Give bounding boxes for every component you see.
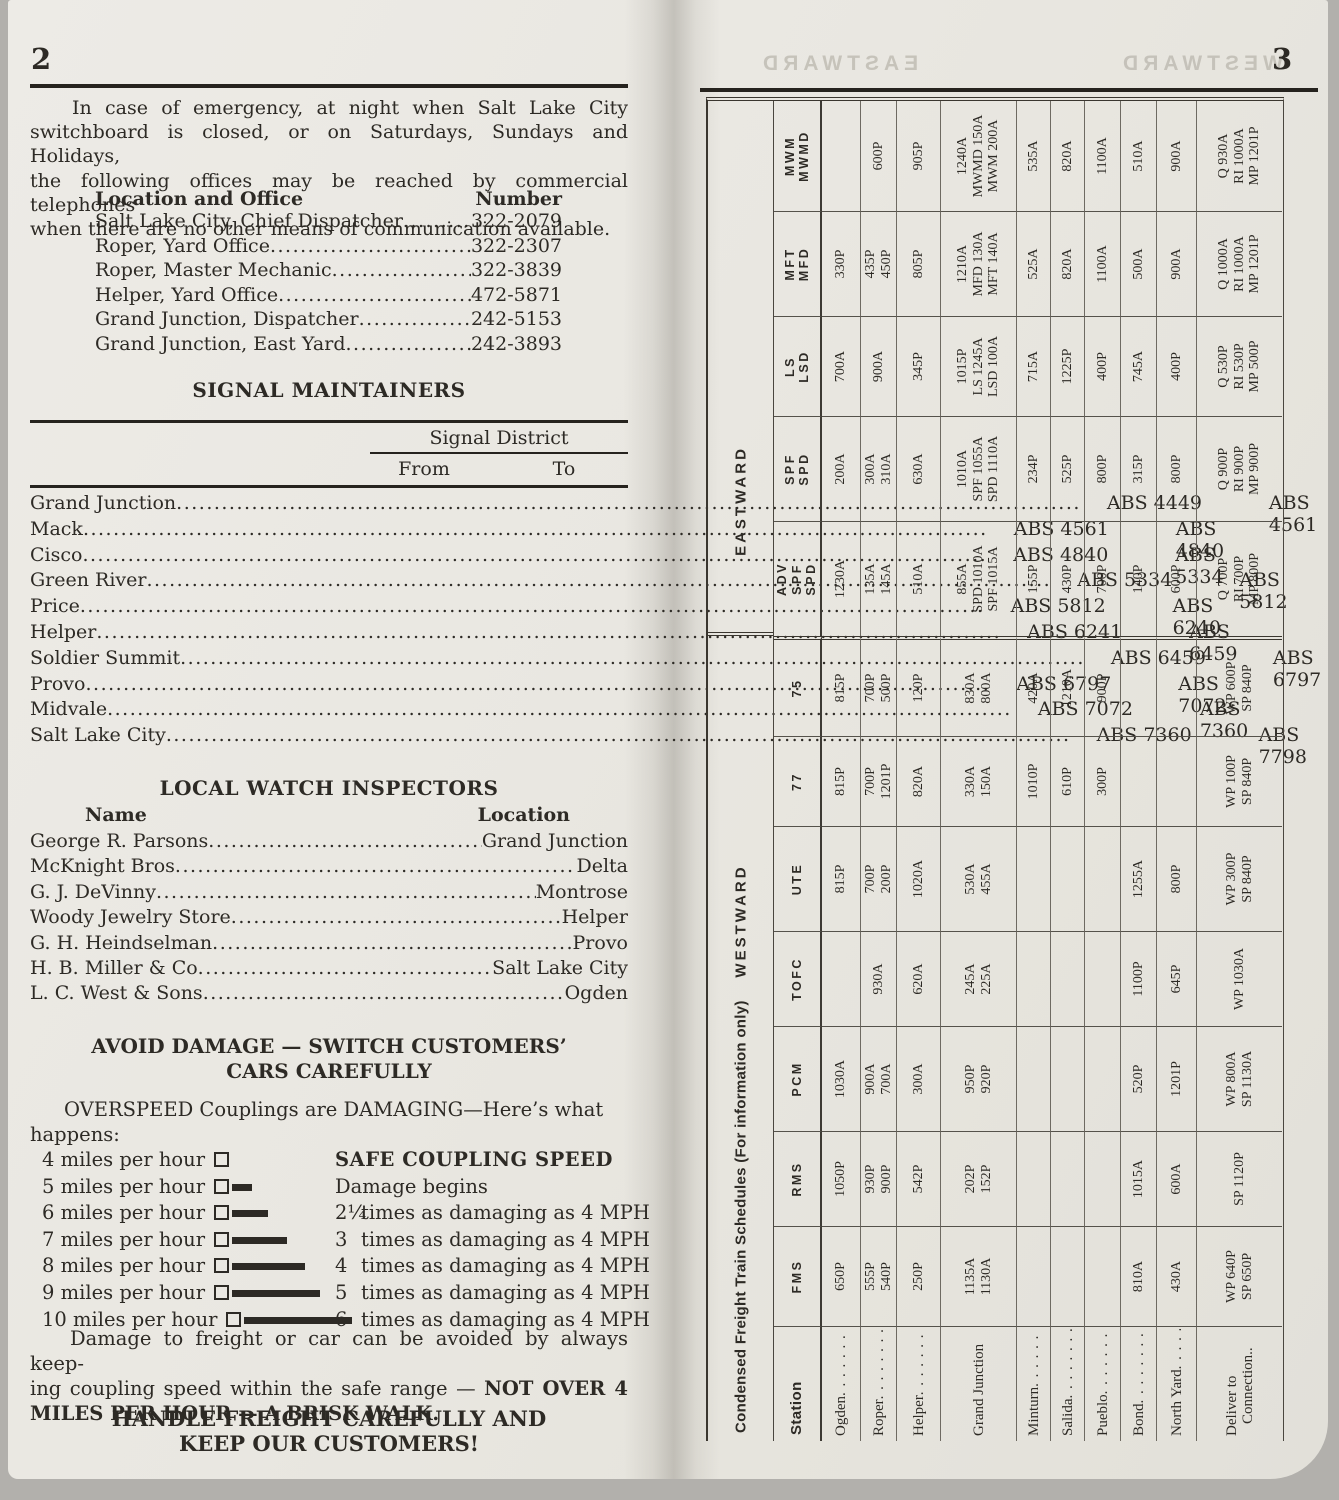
signal-maintainers-title: SIGNAL MAINTAINERS <box>30 378 628 402</box>
phone-directory: Location and Office Number Salt Lake Cit… <box>95 188 562 358</box>
time-value: 700P <box>863 865 879 894</box>
westward-label: WESTWARD <box>732 864 749 977</box>
time-value: 300P <box>1095 767 1111 796</box>
time-value: 1050P <box>833 1161 849 1197</box>
timetable-cell: 1225P <box>1051 316 1085 416</box>
inspector-row: L. C. West & SonsOgden <box>30 982 628 1007</box>
timetable-cell: 800P <box>1157 416 1197 521</box>
time-value: 135A <box>863 563 879 594</box>
dot-leader <box>346 333 471 355</box>
station-cell: Salida <box>1051 1326 1085 1441</box>
signal-name: Midvale <box>30 698 107 720</box>
timetable-cell: 805P <box>897 211 941 316</box>
timetable-cell: 950P920P <box>941 1026 1017 1131</box>
signal-row: PriceABS 5812ABS 6240 <box>30 595 628 621</box>
train-symbol-header: MFTMFD <box>774 211 822 316</box>
timetable-cell <box>1051 1131 1085 1226</box>
train-symbol-header: 77 <box>774 736 822 826</box>
time-value: 1230A <box>833 560 849 598</box>
timetable-cell: 140P <box>1121 521 1157 636</box>
avoid-damage-heading: AVOID DAMAGE — SWITCH CUSTOMERS’ CARS CA… <box>30 1034 628 1084</box>
timetable-cell <box>1085 1226 1121 1326</box>
train-symbol-header: 75 <box>774 636 822 736</box>
timetable-cell: WP 100PSP 840P <box>1197 736 1282 826</box>
dot-leader <box>212 932 572 954</box>
phone-number: 322-2307 <box>471 235 562 257</box>
coupling-bar <box>232 1237 287 1244</box>
phone-row: Grand Junction, Dispatcher242-5153 <box>95 308 562 333</box>
time-value: 920P <box>979 1065 995 1094</box>
phone-row: Salt Lake City, Chief Dispatcher322-2079 <box>95 210 562 235</box>
timetable-cell: 700P1201P <box>861 736 897 826</box>
timetable-cell: 1210A <box>1051 636 1085 736</box>
inspector-row: George R. ParsonsGrand Junction <box>30 830 628 855</box>
timetable-cell: Q 1000ARI 1000AMP 1201P <box>1197 211 1282 316</box>
train-symbol-line: MWM <box>783 136 798 176</box>
inspector-location: Helper <box>562 906 628 928</box>
coupling-note: SAFE COUPLING SPEED <box>335 1148 613 1171</box>
timetable-cell: 900A <box>1157 101 1197 211</box>
time-value: 700P <box>1095 565 1111 594</box>
coupling-square-icon <box>214 1258 229 1273</box>
signal-row: Green RiverABS 5334ABS 5812 <box>30 569 628 595</box>
time-value: Q 700P <box>1216 558 1232 600</box>
timetable-cell: 330P <box>822 211 861 316</box>
time-value: 820A <box>911 766 927 797</box>
dot-leader <box>833 1329 849 1396</box>
timetable-cell <box>1051 931 1085 1026</box>
station-name: Roper <box>871 1399 887 1436</box>
timetable-cell: 815P <box>822 736 861 826</box>
station-name: Deliver to <box>1224 1329 1240 1436</box>
time-value: 450P <box>879 250 895 279</box>
watch-inspectors-table: Name Location George R. ParsonsGrand Jun… <box>30 804 628 1008</box>
time-value: WP 600P <box>1224 662 1240 715</box>
time-value: 700A <box>879 1063 895 1094</box>
timetable-cell: 400P <box>1157 316 1197 416</box>
phone-number: 242-3893 <box>471 333 562 355</box>
timetable-cell: 200A <box>822 416 861 521</box>
coupling-speed-list: 4 miles per hourSAFE COUPLING SPEED5 mil… <box>42 1148 628 1334</box>
time-value: 120P <box>911 674 927 703</box>
station-name-row: Ogden <box>833 1329 849 1436</box>
time-value: 600P <box>871 142 887 171</box>
time-value: 500P <box>879 674 895 703</box>
time-value: 200P <box>879 865 895 894</box>
time-value: 510A <box>911 563 927 594</box>
time-value: 145A <box>879 563 895 594</box>
time-value: 300A <box>863 453 879 484</box>
handle-freight-heading: HANDLE FREIGHT CAREFULLY AND KEEP OUR CU… <box>30 1406 628 1456</box>
timetable-cell: Q 700PRI 700PMP 800P <box>1197 521 1282 636</box>
timetable-cell: 745A <box>1121 316 1157 416</box>
station-name: Grand Junction <box>971 1344 987 1436</box>
train-symbol-header: TOFC <box>774 931 822 1026</box>
watch-inspectors-title: LOCAL WATCH INSPECTORS <box>30 776 628 800</box>
timetable-cell <box>1017 1131 1051 1226</box>
time-value: 745A <box>1131 351 1147 382</box>
dot-leader <box>1169 1329 1185 1369</box>
timetable-cell: 905P <box>897 101 941 211</box>
time-value: 530A <box>963 863 979 894</box>
train-symbol-line: MFT <box>783 247 798 280</box>
signal-district-header: Signal District <box>370 427 628 454</box>
signal-name: Salt Lake City <box>30 724 166 746</box>
phone-number: 322-3839 <box>471 259 562 281</box>
timetable-cell: 430A <box>1157 1226 1197 1326</box>
timetable-cell <box>1157 736 1197 826</box>
timetable-cell: 120P <box>897 636 941 736</box>
timetable-cell: 800P <box>1085 416 1121 521</box>
time-value: WP 640P <box>1224 1250 1240 1303</box>
time-value: MFD 130A <box>971 232 987 297</box>
time-value: 815P <box>833 865 849 894</box>
timetable-cell: 234P <box>1017 416 1051 521</box>
signal-name: Provo <box>30 673 85 695</box>
time-value: 815P <box>833 674 849 703</box>
train-symbol-line: UTE <box>790 863 805 896</box>
time-value: 810A <box>1131 1261 1147 1292</box>
timetable-cell: 1015PLS 1245ALSD 100A <box>941 316 1017 416</box>
time-value: Q 900P <box>1216 448 1232 490</box>
closing-line1: Damage to freight or car can be avoided … <box>30 1326 628 1376</box>
train-symbol-header: LSLSD <box>774 316 822 416</box>
timetable-cell: 1230A <box>822 521 861 636</box>
time-value: 1225P <box>1060 349 1076 385</box>
timetable-cell: SP 1120P <box>1197 1131 1282 1226</box>
time-value: SPF 1055A <box>971 437 987 502</box>
timetable-cell: 600P <box>1157 521 1197 636</box>
coupling-row: 8 miles per hour4times as damaging as 4 … <box>42 1254 628 1281</box>
timetable-cell: 855ASPD 1010ASPF 1015A <box>941 521 1017 636</box>
coupling-row: 4 miles per hourSAFE COUPLING SPEED <box>42 1148 628 1175</box>
phone-row: Grand Junction, East Yard242-3893 <box>95 333 562 358</box>
timetable-cell <box>1085 1026 1121 1131</box>
coupling-row: 5 miles per hourDamage begins <box>42 1175 628 1202</box>
eastward-label: EASTWARD <box>732 446 749 556</box>
coupling-row: 6 miles per hour2¼times as damaging as 4… <box>42 1201 628 1228</box>
signal-maintainers-rows: Grand JunctionABS 4449ABS 4561MackABS 45… <box>30 492 628 750</box>
timetable-cell: 500A <box>1121 211 1157 316</box>
time-value: 1240A <box>955 137 971 175</box>
avoid-damage-line2: CARS CAREFULLY <box>30 1059 628 1084</box>
timetable-cell: 330A150A <box>941 736 1017 826</box>
intro-line: switchboard is closed, or on Saturdays, … <box>30 120 628 168</box>
train-symbol-line: FMS <box>790 1260 805 1294</box>
time-value: MP 800P <box>1247 553 1263 605</box>
coupling-square-icon <box>214 1285 229 1300</box>
station-name: Connection.. <box>1240 1329 1256 1436</box>
timetable-cell: Q 530PRI 530PMP 500P <box>1197 316 1282 416</box>
dot-leader <box>198 957 493 979</box>
signal-row: HelperABS 6241ABS 6459 <box>30 621 628 647</box>
coupling-bar <box>232 1290 320 1297</box>
timetable-cell: 1210AMFD 130AMFT 140A <box>941 211 1017 316</box>
time-value: RI 530P <box>1232 343 1248 389</box>
time-value: 820A <box>1060 140 1076 171</box>
inspector-row: McKnight BrosDelta <box>30 855 628 880</box>
time-value: 202P <box>963 1165 979 1194</box>
time-value: LSD 100A <box>986 336 1002 397</box>
timetable-cell: 900P <box>1085 636 1121 736</box>
time-value: 820A <box>1060 248 1076 279</box>
station-cell: Grand Junction <box>941 1326 1017 1441</box>
coupling-square-icon <box>214 1232 229 1247</box>
dot-leader <box>270 235 471 257</box>
timetable-cell <box>1051 1226 1085 1326</box>
station-name-row: Salida <box>1060 1329 1076 1436</box>
time-value: 800A <box>979 672 995 703</box>
coupling-row: 9 miles per hour5times as damaging as 4 … <box>42 1281 628 1308</box>
station-name-row: Grand Junction <box>971 1329 987 1436</box>
dot-leader <box>175 855 577 877</box>
signal-row: Salt Lake CityABS 7360ABS 7798 <box>30 724 628 750</box>
phone-label: Roper, Yard Office <box>95 235 270 257</box>
time-value: MP 900P <box>1247 443 1263 495</box>
inspectors-col-name: Name <box>85 804 147 826</box>
signal-row: CiscoABS 4840ABS 5334 <box>30 544 628 570</box>
freight-timetable: Condensed Freight Train Schedules (For i… <box>706 97 1284 1441</box>
timetable-grid: StationFMSRMSPCMTOFCUTE7775ADVSPFSPDSPFS… <box>774 101 1282 1441</box>
signal-name: Cisco <box>30 544 82 566</box>
timetable-cell: 1050P <box>822 1131 861 1226</box>
direction-divider-line <box>708 632 773 636</box>
signal-name: Mack <box>30 518 83 540</box>
time-value: MP 1201P <box>1247 127 1263 186</box>
time-value: 800P <box>1095 455 1111 484</box>
time-value: 234P <box>1026 455 1042 484</box>
dot-leader <box>911 1329 927 1395</box>
spacer <box>30 458 348 480</box>
signal-name: Soldier Summit <box>30 647 180 669</box>
timetable-cell: 700A <box>822 316 861 416</box>
time-value: RI 900P <box>1232 446 1248 492</box>
timetable-title: Condensed Freight Train Schedules (For i… <box>732 1000 749 1433</box>
station-name: Salida <box>1060 1399 1076 1437</box>
station-cell: North Yard <box>1157 1326 1197 1441</box>
dot-leader <box>332 259 471 281</box>
closing-line2: ing coupling speed within the safe range… <box>30 1376 628 1401</box>
time-value: 1210A <box>955 245 971 283</box>
intro-line: In case of emergency, at night when Salt… <box>30 96 628 120</box>
phone-directory-header: Location and Office Number <box>95 188 562 210</box>
phone-number: 242-5153 <box>471 308 562 330</box>
time-value: 600P <box>1169 565 1185 594</box>
time-value: 330A <box>963 766 979 797</box>
timetable-cell: 300A <box>897 1026 941 1131</box>
dot-leader <box>403 210 471 232</box>
signal-name: Helper <box>30 621 96 643</box>
phone-number: 322-2079 <box>471 210 562 232</box>
time-value: 830A <box>963 672 979 703</box>
timetable-cell <box>1085 931 1121 1026</box>
phone-col-location: Location and Office <box>95 188 303 210</box>
time-value: MP 500P <box>1247 341 1263 393</box>
train-symbol-header: FMS <box>774 1226 822 1326</box>
inspector-name: G. H. Heindselman <box>30 932 212 954</box>
timetable-cell <box>822 931 861 1026</box>
timetable-cell: 715A <box>1017 316 1051 416</box>
overspeed-line1: OVERSPEED Couplings are DAMAGING—Here’s … <box>30 1097 628 1122</box>
train-symbol-line: SPD <box>804 562 819 595</box>
station-name-row: Bond <box>1131 1329 1147 1436</box>
station-name-row: Helper <box>911 1329 927 1436</box>
station-name-row: Minturn <box>1026 1329 1042 1436</box>
signal-col-from: From <box>348 458 500 480</box>
timetable-cell: 820A <box>897 736 941 826</box>
station-column-header: Station <box>774 1326 822 1441</box>
inspector-row: Woody Jewelry StoreHelper <box>30 906 628 931</box>
time-value: 1010A <box>955 450 971 488</box>
phone-label: Grand Junction, Dispatcher <box>95 308 359 330</box>
timetable-cell: 1020A <box>897 826 941 931</box>
time-value: 140P <box>1131 565 1147 594</box>
signal-row: MidvaleABS 7072ABS 7360 <box>30 698 628 724</box>
time-value: 330P <box>833 250 849 279</box>
coupling-speed-label: 8 miles per hour <box>42 1254 205 1277</box>
time-value: 600A <box>1169 1163 1185 1194</box>
coupling-speed-label: 4 miles per hour <box>42 1148 205 1171</box>
train-symbol-line: MFD <box>797 247 812 282</box>
inspector-name: L. C. West & Sons <box>30 982 203 1004</box>
dot-leader <box>1095 1329 1111 1394</box>
dot-leader <box>1060 1329 1076 1399</box>
handle-freight-line2: KEEP OUR CUSTOMERS! <box>30 1431 628 1456</box>
timetable-cell: 810A <box>1121 1226 1157 1326</box>
time-value: 315P <box>1131 455 1147 484</box>
timetable-cell: 800P <box>1157 826 1197 931</box>
train-symbol-line: TOFC <box>790 957 805 1001</box>
timetable-cell: 535A <box>1017 101 1051 211</box>
dot-leader <box>871 1329 887 1399</box>
timetable-cell: 600P <box>861 101 897 211</box>
train-symbol-line: 75 <box>790 679 805 698</box>
time-value: 535A <box>1026 140 1042 171</box>
time-value: 1255A <box>1131 860 1147 898</box>
dot-leader <box>203 982 565 1004</box>
inspector-name: G. J. DeVinny <box>30 881 156 903</box>
inspectors-col-location: Location <box>478 804 570 826</box>
time-value: 700P <box>863 674 879 703</box>
dot-leader <box>231 906 562 928</box>
timetable-cell: 1010ASPF 1055ASPD 1110A <box>941 416 1017 521</box>
timetable-cell <box>1017 826 1051 931</box>
coupling-multiplier: 2¼ <box>335 1201 361 1224</box>
coupling-bar <box>232 1263 305 1270</box>
time-value: 542P <box>911 1165 927 1194</box>
time-value: 800P <box>1169 865 1185 894</box>
time-value: SP 1120P <box>1232 1152 1248 1206</box>
time-value: 1020A <box>911 860 927 898</box>
time-value: 1130A <box>979 1258 995 1296</box>
coupling-bar <box>232 1210 268 1217</box>
time-value: 455A <box>979 863 995 894</box>
time-value: 200A <box>833 453 849 484</box>
timetable-cell: 1010P <box>1017 736 1051 826</box>
train-symbol-header: ADVSPFSPD <box>774 521 822 636</box>
closing-line2-bold: NOT OVER 4 <box>484 1377 628 1400</box>
station-cell: Deliver toConnection.. <box>1197 1326 1282 1441</box>
time-value: 430A <box>1169 1261 1185 1292</box>
signal-row: ProvoABS 6797ABS 7072 <box>30 673 628 699</box>
timetable-cell: 510A <box>897 521 941 636</box>
time-value: 1100P <box>1131 961 1147 996</box>
train-symbol-line: PCM <box>790 1061 805 1096</box>
train-symbol-header: MWMMWMD <box>774 101 822 211</box>
time-value: RI 700P <box>1232 556 1248 602</box>
timetable-cell: 315P <box>1121 416 1157 521</box>
timetable-cell: 820A <box>1051 211 1085 316</box>
time-value: 1135A <box>963 1258 979 1296</box>
timetable-cell: WP 640PSP 650P <box>1197 1226 1282 1326</box>
header-rule-right <box>700 88 1318 92</box>
timetable-cell: 1030A <box>822 1026 861 1131</box>
time-value: 900P <box>1095 674 1111 703</box>
signal-table-top-rule <box>30 420 628 423</box>
time-value: WP 100P <box>1224 755 1240 808</box>
station-cell: Roper <box>861 1326 897 1441</box>
timetable-cell: 250P <box>897 1226 941 1326</box>
time-value: MWMD 150A <box>971 115 987 198</box>
scanned-booklet-spread: { "left_page": { "page_number": "2", "in… <box>0 0 1339 1500</box>
signal-row: Grand JunctionABS 4449ABS 4561 <box>30 492 628 518</box>
timetable-cell: 530A455A <box>941 826 1017 931</box>
train-symbol-line: LS <box>783 356 798 377</box>
time-value: 930P <box>863 1165 879 1194</box>
time-value: 400P <box>1169 352 1185 381</box>
time-value: 310A <box>879 453 895 484</box>
time-value: 1100A <box>1095 245 1111 283</box>
time-value: 520P <box>1131 1065 1147 1094</box>
timetable-cell: 300A310A <box>861 416 897 521</box>
coupling-note: 2¼times as damaging as 4 MPH <box>335 1201 650 1224</box>
signal-from-to-header: From To <box>30 458 628 480</box>
timetable-cell: 900A <box>1157 211 1197 316</box>
train-symbol-header: PCM <box>774 1026 822 1131</box>
coupling-note: 5times as damaging as 4 MPH <box>335 1281 650 1304</box>
page-number-left: 2 <box>31 42 51 76</box>
timetable-cell <box>1017 1226 1051 1326</box>
coupling-speed-label: 9 miles per hour <box>42 1281 205 1304</box>
train-symbol-header: SPFSPD <box>774 416 822 521</box>
inspector-name: Woody Jewelry Store <box>30 906 231 928</box>
coupling-speed-label: 6 miles per hour <box>42 1201 205 1224</box>
signal-row: Soldier SummitABS 6459ABS 6797 <box>30 647 628 673</box>
time-value: 525P <box>1060 455 1076 484</box>
timetable-cell: 815P <box>822 826 861 931</box>
timetable-cell: 700P500P <box>861 636 897 736</box>
time-value: 1201P <box>879 764 895 800</box>
timetable-cell: 135A145A <box>861 521 897 636</box>
time-value: RI 1000A <box>1232 128 1248 184</box>
time-value: SPD 1110A <box>986 436 1002 502</box>
time-value: 525A <box>1026 248 1042 279</box>
signal-name: Price <box>30 595 80 617</box>
time-value: 155P <box>1026 565 1042 594</box>
station-name: Ogden <box>833 1396 849 1436</box>
station-name: Minturn <box>1026 1387 1042 1436</box>
avoid-damage-line1: AVOID DAMAGE — SWITCH CUSTOMERS’ <box>30 1034 628 1059</box>
time-value: Q 530P <box>1216 345 1232 387</box>
signal-table-mid-rule <box>30 485 628 488</box>
time-value: 430P <box>1060 565 1076 594</box>
phone-directory-rows: Salt Lake City, Chief Dispatcher322-2079… <box>95 210 562 358</box>
station-cell: Helper <box>897 1326 941 1441</box>
timetable-title-band: Condensed Freight Train Schedules (For i… <box>708 101 774 1441</box>
timetable-cell: 650P <box>822 1226 861 1326</box>
inspector-row: H. B. Miller & CoSalt Lake City <box>30 957 628 982</box>
time-value: 152P <box>979 1165 995 1194</box>
